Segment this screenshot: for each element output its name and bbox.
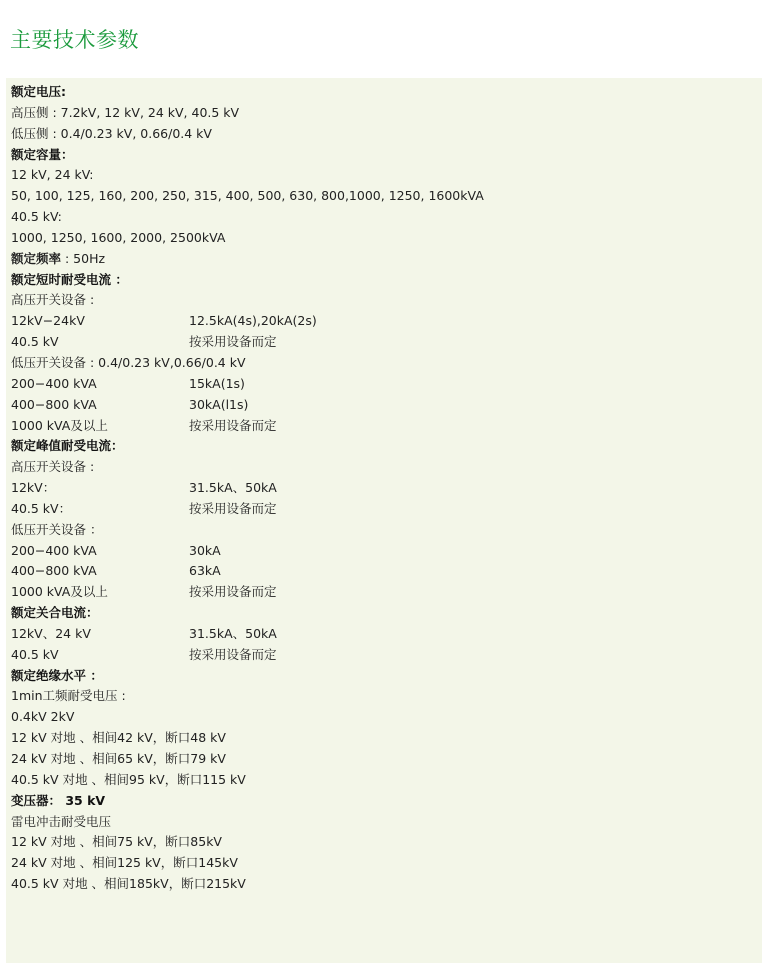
spec-pair-row: 40.5 kV：按采用设备而定 [11,499,762,520]
spec-condition: 12kV−24kV [11,311,85,332]
spec-value: : 50Hz [61,251,105,266]
spec-line: 24 kV 对地 、相间125 kV，断口145kV [11,853,762,874]
spec-line: 40.5 kV 对地 、相间185kV，断口215kV [11,874,762,895]
spec-pair-row: 12kV−24kV12.5kA(4s),20kA(2s) [11,311,762,332]
spec-value: 按采用设备而定 [189,645,277,666]
spec-condition: 400−800 kVA [11,561,97,582]
spec-value: 31.5kA、50kA [189,478,277,499]
spec-value: 按采用设备而定 [189,582,277,603]
section-heading: 额定短时耐受电流 ： [11,270,762,291]
spec-line: 24 kV 对地 、相间65 kV，断口79 kV [11,749,762,770]
section-heading: 额定峰值耐受电流： [11,436,762,457]
section-heading: 额定电压: [11,82,762,103]
spec-pair-row: 400−800 kVA63kA [11,561,762,582]
spec-condition: 12kV： [11,478,55,499]
section-heading: 变压器： 35 kV [11,791,762,812]
spec-line: 高压开关设备 : [11,290,762,311]
spec-line: 低压开关设备 ： [11,520,762,541]
spec-pair-row: 200−400 kVA15kA(1s) [11,374,762,395]
spec-value: 按采用设备而定 [189,499,277,520]
spec-label: 额定频率 [11,251,61,266]
spec-condition: 200−400 kVA [11,374,97,395]
spec-condition: 200−400 kVA [11,541,97,562]
spec-pair-row: 40.5 kV按采用设备而定 [11,332,762,353]
spec-condition: 400−800 kVA [11,395,97,416]
spec-pair-row: 40.5 kV按采用设备而定 [11,645,762,666]
spec-line: 低压侧 : 0.4/0.23 kV, 0.66/0.4 kV [11,124,762,145]
spec-line: 12 kV, 24 kV: [11,165,762,186]
spec-line: 0.4kV 2kV [11,707,762,728]
spec-pair-row: 12kV、24 kV31.5kA、50kA [11,624,762,645]
page-title: 主要技术参数 [10,26,139,54]
spec-condition: 12kV、24 kV [11,624,91,645]
spec-value: 按采用设备而定 [189,416,277,437]
spec-pair-row: 400−800 kVA30kA(l1s) [11,395,762,416]
spec-pair-row: 12kV：31.5kA、50kA [11,478,762,499]
spec-pair-row: 1000 kVA及以上按采用设备而定 [11,582,762,603]
spec-list: 额定电压:高压侧 : 7.2kV, 12 kV, 24 kV, 40.5 kV低… [11,82,762,895]
spec-condition: 40.5 kV： [11,499,71,520]
spec-line: 40.5 kV: [11,207,762,228]
spec-value: 30kA [189,541,221,562]
spec-line: 雷电冲击耐受电压 [11,812,762,833]
spec-pair-row: 200−400 kVA30kA [11,541,762,562]
section-heading: 额定绝缘水平 ： [11,666,762,687]
section-heading: 额定关合电流： [11,603,762,624]
spec-condition: 1000 kVA及以上 [11,582,108,603]
spec-condition: 40.5 kV [11,645,59,666]
spec-line: 1min工频耐受电压 : [11,686,762,707]
spec-line: 1000, 1250, 1600, 2000, 2500kVA [11,228,762,249]
spec-value: 31.5kA、50kA [189,624,277,645]
spec-line: 高压开关设备 : [11,457,762,478]
section-heading: 额定容量： [11,145,762,166]
spec-line: 12 kV 对地 、相间75 kV，断口85kV [11,832,762,853]
spec-value: 30kA(l1s) [189,395,248,416]
spec-condition: 40.5 kV [11,332,59,353]
spec-line-frequency: 额定频率 : 50Hz [11,249,762,270]
spec-line: 50, 100, 125, 160, 200, 250, 315, 400, 5… [11,186,762,207]
spec-line: 12 kV 对地 、相间42 kV，断口48 kV [11,728,762,749]
spec-line: 低压开关设备 : 0.4/0.23 kV,0.66/0.4 kV [11,353,762,374]
spec-value: 63kA [189,561,221,582]
spec-line: 高压侧 : 7.2kV, 12 kV, 24 kV, 40.5 kV [11,103,762,124]
spec-panel: 额定电压:高压侧 : 7.2kV, 12 kV, 24 kV, 40.5 kV低… [6,78,762,963]
spec-pair-row: 1000 kVA及以上按采用设备而定 [11,416,762,437]
spec-value: 12.5kA(4s),20kA(2s) [189,311,317,332]
spec-value: 15kA(1s) [189,374,245,395]
spec-condition: 1000 kVA及以上 [11,416,108,437]
spec-value: 按采用设备而定 [189,332,277,353]
spec-line: 40.5 kV 对地 、相间95 kV，断口115 kV [11,770,762,791]
